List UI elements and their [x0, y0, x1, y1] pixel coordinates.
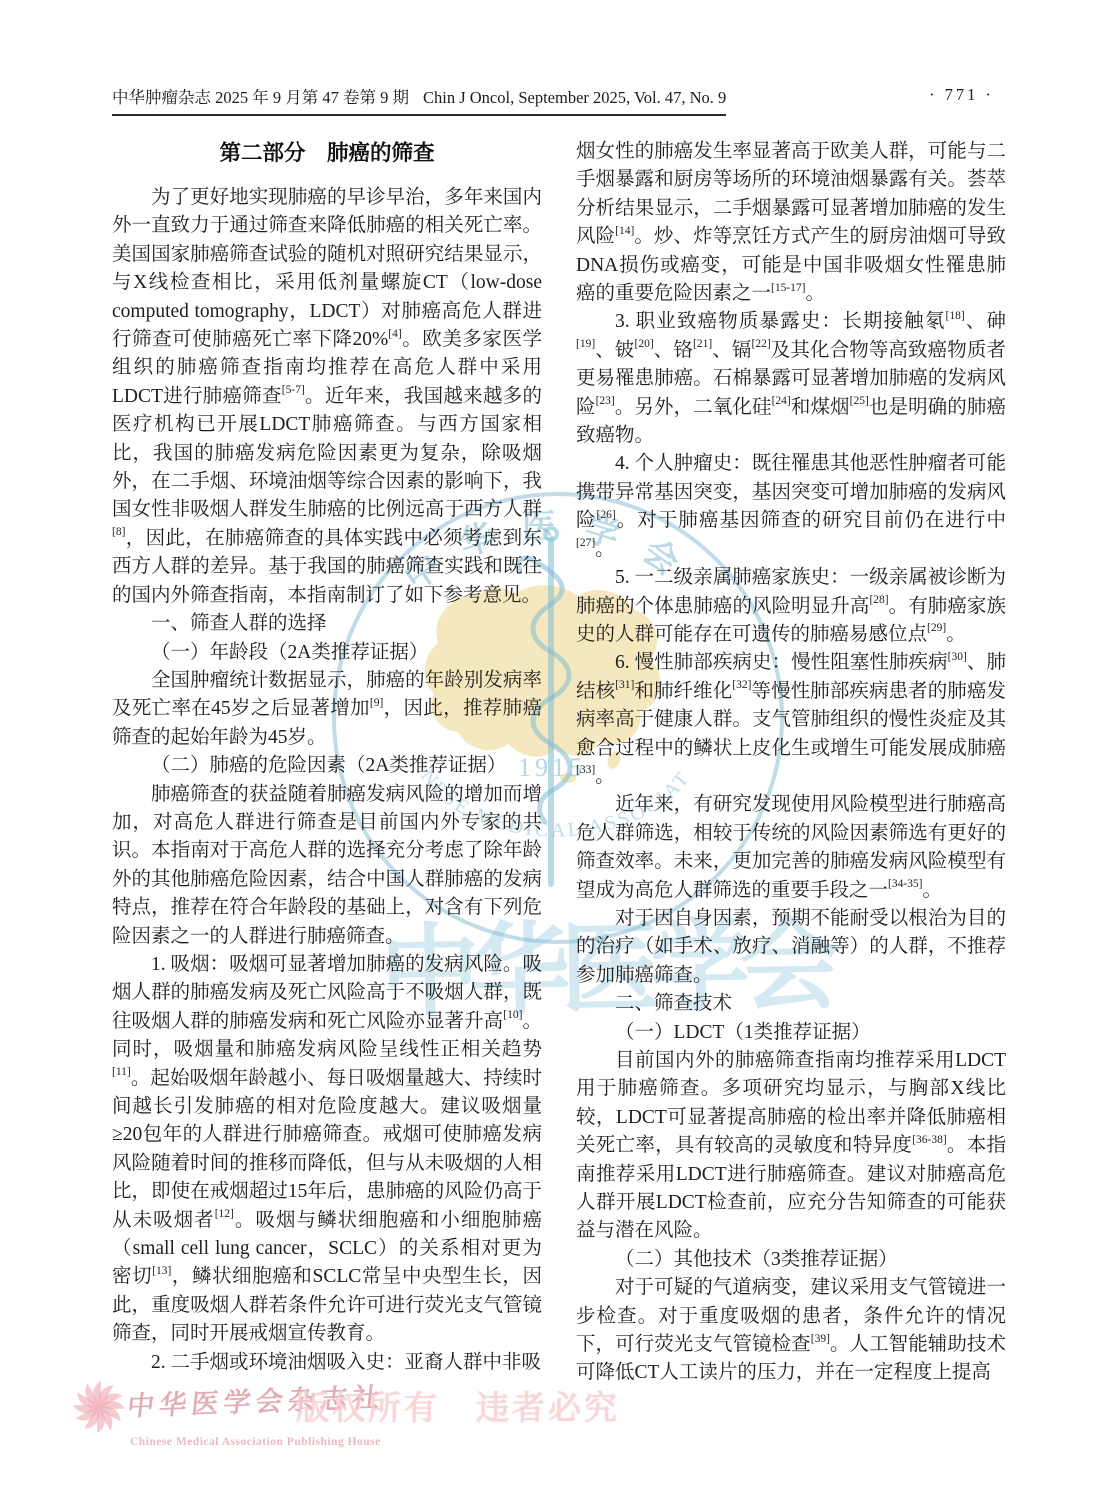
- journal-title-en: Chin J Oncol, September 2025, Vol. 47, N…: [423, 88, 726, 107]
- citation-marker: [5-7]: [282, 384, 305, 396]
- body-paragraph: 烟女性的肺癌发生率显著高于欧美人群，可能与二手烟暴露和厨房等场所的环境油烟暴露有…: [576, 138, 1006, 308]
- citation-marker: [13]: [152, 1265, 171, 1277]
- body-paragraph: 6. 慢性肺部疾病史：慢性阻塞性肺疾病[30]、肺结核[31]和肺纤维化[32]…: [576, 649, 1006, 791]
- section-heading: 二、筛查技术: [576, 990, 1006, 1018]
- citation-marker: [28]: [869, 594, 888, 606]
- citation-marker: [27]: [576, 537, 595, 549]
- cma-press-flower-icon: [70, 1378, 128, 1436]
- citation-marker: [23]: [596, 395, 615, 407]
- citation-marker: [4]: [388, 328, 401, 340]
- publisher-name-en: Chinese Medical Association Publishing H…: [130, 1436, 381, 1448]
- citation-marker: [39]: [811, 1333, 830, 1345]
- section-heading: （一）LDCT（1类推荐证据）: [576, 1019, 1006, 1047]
- body-paragraph: 对于因自身因素，预期不能耐受以根治为目的的治疗（如手术、放疗、消融等）的人群，不…: [576, 905, 1006, 990]
- left-column: 第二部分 肺癌的筛查 为了更好地实现肺癌的早诊早治，多年来国内外一直致力于通过筛…: [112, 136, 542, 1377]
- section-heading: （二）肺癌的危险因素（2A类推荐证据）: [112, 752, 542, 780]
- citation-marker: [12]: [215, 1208, 234, 1220]
- article-section-title: 第二部分 肺癌的筛查: [112, 138, 542, 168]
- citation-marker: [21]: [693, 338, 712, 350]
- body-paragraph: 为了更好地实现肺癌的早诊早治，多年来国内外一直致力于通过筛查来降低肺癌的相关死亡…: [112, 184, 542, 610]
- body-paragraph: 5. 一二级亲属肺癌家族史：一级亲属被诊断为肺癌的个体患肺癌的风险明显升高[28…: [576, 564, 1006, 649]
- journal-title-cn: 中华肿瘤杂志 2025 年 9 月第 47 卷第 9 期: [112, 88, 409, 107]
- section-heading: （一）年龄段（2A类推荐证据）: [112, 639, 542, 667]
- page-header: 中华肿瘤杂志 2025 年 9 月第 47 卷第 9 期Chin J Oncol…: [112, 84, 994, 116]
- citation-marker: [9]: [370, 697, 383, 709]
- citation-marker: [19]: [576, 338, 595, 350]
- citation-marker: [34-35]: [888, 878, 923, 890]
- journal-title-block: 中华肿瘤杂志 2025 年 9 月第 47 卷第 9 期Chin J Oncol…: [112, 84, 726, 116]
- citation-marker: [36-38]: [912, 1134, 947, 1146]
- body-paragraph: 目前国内外的肺癌筛查指南均推荐采用LDCT用于肺癌筛查。多项研究均显示，与胸部X…: [576, 1047, 1006, 1246]
- page-number: · 771 ·: [929, 85, 994, 105]
- citation-marker: [18]: [946, 310, 965, 322]
- citation-marker: [11]: [112, 1066, 131, 1078]
- body-paragraph: 全国肿瘤统计数据显示，肺癌的年龄别发病率及死亡率在45岁之后显著增加[9]，因此…: [112, 667, 542, 752]
- citation-marker: [25]: [850, 395, 869, 407]
- citation-marker: [22]: [752, 338, 771, 350]
- citation-marker: [32]: [732, 679, 751, 691]
- citation-marker: [31]: [615, 679, 634, 691]
- body-paragraph: 3. 职业致癌物质暴露史：长期接触氡[18]、砷[19]、铍[20]、铬[21]…: [576, 308, 1006, 450]
- citation-marker: [29]: [927, 622, 946, 634]
- body-paragraph: 2. 二手烟或环境油烟吸入史：亚裔人群中非吸: [112, 1349, 542, 1377]
- citation-marker: [33]: [576, 764, 595, 776]
- body-paragraph: 4. 个人肿瘤史：既往罹患其他恶性肿瘤者可能携带异常基因突变，基因突变可增加肺癌…: [576, 450, 1006, 564]
- citation-marker: [8]: [112, 526, 125, 538]
- citation-marker: [10]: [503, 1009, 522, 1021]
- body-paragraph: 对于可疑的气道病变，建议采用支气管镜进一步检查。对于重度吸烟的患者，条件允许的情…: [576, 1274, 1006, 1388]
- right-column: 烟女性的肺癌发生率显著高于欧美人群，可能与二手烟暴露和厨房等场所的环境油烟暴露有…: [576, 138, 1006, 1388]
- citation-marker: [26]: [597, 509, 616, 521]
- section-heading: 一、筛查人群的选择: [112, 610, 542, 638]
- citation-marker: [24]: [772, 395, 791, 407]
- body-paragraph: 肺癌筛查的获益随着肺癌发病风险的增加而增加，对高危人群进行筛查是目前国内外专家的…: [112, 781, 542, 951]
- body-paragraph: 1. 吸烟：吸烟可显著增加肺癌的发病风险。吸烟人群的肺癌发病及死亡风险高于不吸烟…: [112, 951, 542, 1349]
- citation-marker: [15-17]: [771, 282, 806, 294]
- section-heading: （二）其他技术（3类推荐证据）: [576, 1246, 1006, 1274]
- copyright-watermark: 版权所有 违者必究: [296, 1382, 620, 1429]
- citation-marker: [20]: [635, 338, 654, 350]
- citation-marker: [30]: [948, 651, 967, 663]
- citation-marker: [14]: [615, 225, 634, 237]
- journal-page: 中华医学会 CHINESE MEDICAL ASSOCIATION 1915 中…: [0, 0, 1106, 1490]
- body-paragraph: 近年来，有研究发现使用风险模型进行肺癌高危人群筛选，相较于传统的风险因素筛选有更…: [576, 791, 1006, 905]
